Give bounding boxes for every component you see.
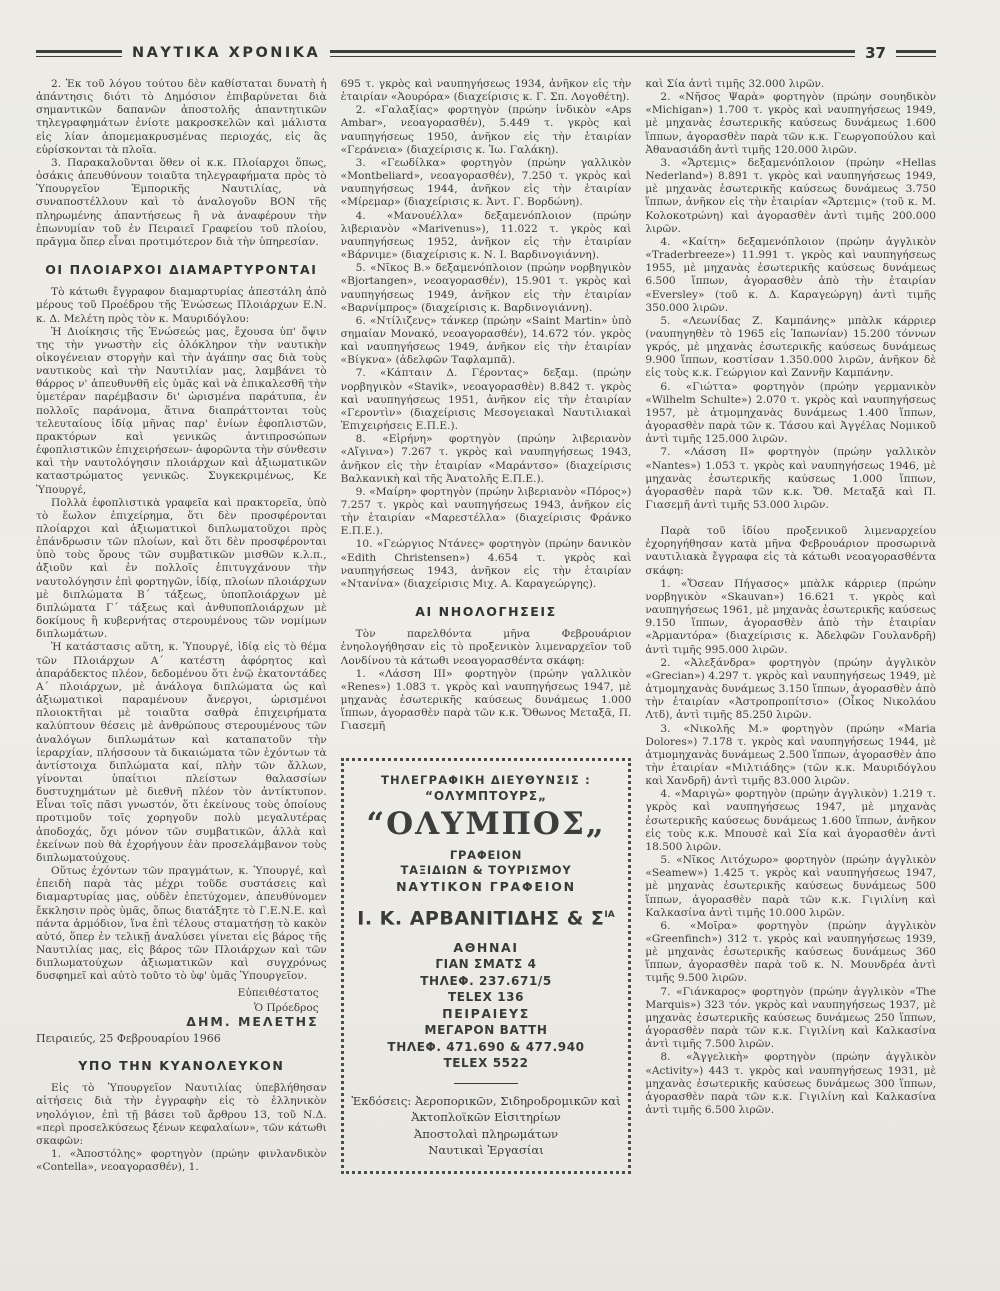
paragraph: Πολλὰ ἐφοπλιστικὰ γραφεῖα καὶ πρακτορεῖα… xyxy=(36,497,327,642)
paragraph: 8. «Εἰρήνη» φορτηγὸν (πρώην λιβεριανὸν «… xyxy=(341,433,632,486)
ad-athens-block: ΑΘΗΝΑΙ ΓΙΑΝ ΣΜΑΤΣ 4 ΤΗΛΕΦ. 237.671/5 TEL… xyxy=(351,940,622,1006)
masthead-rule-left xyxy=(36,50,122,57)
paragraph: 3. «Ἄρτεμις» δεξαμενόπλοιον (πρώην «Hell… xyxy=(645,157,936,236)
paragraph: 1. «Ὄσεαν Πήγασος» μπὰλκ κάρριερ (πρώην … xyxy=(645,578,936,657)
paragraph: 6. «Ντίλιζενς» τάνκερ (πρώην «Saint Mart… xyxy=(341,315,632,368)
section-heading-under-the-flag: ΥΠΟ ΤΗΝ ΚΥΑΝΟΛΕΥΚΟΝ xyxy=(36,1059,327,1072)
ad-telegraph-name: “ΟΛΥΜΠΤΟΥΡΣ„ xyxy=(351,790,622,803)
paragraph: 4. «Καίτη» δεξαμενόπλοιον (πρώην ἀγγλικὸ… xyxy=(645,236,936,315)
column-2: 695 τ. γκρὸς καὶ ναυπηγήσεως 1934, ἀνῆκο… xyxy=(341,78,632,1273)
paragraph: Τὸ κάτωθι ἔγγραφον διαμαρτυρίας ἀπεστάλη… xyxy=(36,286,327,325)
paragraph: 7. «Γιάνκαρος» φορτηγὸν (πρώην ἀγγλικὸν … xyxy=(645,986,936,1052)
ad-office-type-2: ΤΑΞΙΔΙΩΝ & ΤΟΥΡΙΣΜΟΥ xyxy=(351,863,622,879)
ad-telegraph-label: ΤΗΛΕΓΡΑΦΙΚΗ ΔΙΕΥΘΥΝΣΙΣ : xyxy=(351,774,622,787)
masthead: ΝΑΥΤΙΚΑ ΧΡΟΝΙΚΑ 37 xyxy=(36,44,936,62)
dateline: Πειραιεύς, 25 Φεβρουαρίου 1966 xyxy=(36,1032,327,1045)
paragraph: Τὸν παρελθόντα μῆνα Φεβρουάριον ἐνηολογή… xyxy=(341,628,632,667)
magazine-page: ΝΑΥΤΙΚΑ ΧΡΟΝΙΚΑ 37 2. Ἐκ τοῦ λόγου τούτο… xyxy=(0,0,1000,1291)
section-heading-captains-protest: ΟΙ ΠΛΟΙΑΡΧΟΙ ΔΙΑΜΑΡΤΥΡΟΝΤΑΙ xyxy=(36,263,327,276)
paragraph: 3. «Γεωδίλκα» φορτηγὸν (πρώην γαλλικὸν «… xyxy=(341,157,632,210)
column-1: 2. Ἐκ τοῦ λόγου τούτου δὲν καθίσταται δυ… xyxy=(36,78,327,1273)
paragraph: Ἡ κατάστασις αὕτη, κ. Ὑπουργέ, ἰδίᾳ εἰς … xyxy=(36,641,327,865)
ad-service-maritime: Ναυτικαὶ Ἐργασίαι xyxy=(351,1142,622,1159)
paragraph: 7. «Λάσση ΙΙ» φορτηγὸν (πρώην γαλλικὸν «… xyxy=(645,446,936,512)
paragraph: 3. «Νικολῆς Μ.» φορτηγὸν (πρώην «Maria D… xyxy=(645,723,936,789)
paragraph: 2. «Νῆσος Ψαρὰ» φορτηγὸν (πρώην σουηδικὸ… xyxy=(645,91,936,157)
signature-name: ΔΗΜ. ΜΕΛΕΤΗΣ xyxy=(36,1015,319,1030)
ad-company-name-text: Ι. Κ. ΑΡΒΑΝΙΤΙΔΗΣ & Σ xyxy=(357,908,604,930)
ad-piraeus-telex: TELEX 5522 xyxy=(351,1055,622,1072)
column-layout: 2. Ἐκ τοῦ λόγου τούτου δὲν καθίσταται δυ… xyxy=(36,78,936,1273)
paragraph: 6. «Γιώττα» φορτηγὸν (πρώην γερμανικὸν «… xyxy=(645,381,936,447)
ad-divider xyxy=(454,1083,518,1084)
paragraph: 7. «Κάπταιν Δ. Γέροντας» δεξαμ. (πρώην ν… xyxy=(341,367,632,433)
ad-athens-label: ΑΘΗΝΑΙ xyxy=(351,940,622,957)
column-3: καὶ Σία ἀντὶ τιμῆς 32.000 λιρῶν. 2. «Νῆσ… xyxy=(645,78,936,1273)
page-number: 37 xyxy=(865,44,886,62)
ad-service-tickets: Ἐκδόσεις: Ἀεροπορικῶν, Σιδηροδρομικῶν κα… xyxy=(351,1093,622,1126)
ad-athens-telex: TELEX 136 xyxy=(351,989,622,1006)
ad-office-type-1: ΓΡΑΦΕΙΟΝ xyxy=(351,848,622,864)
ad-athens-address: ΓΙΑΝ ΣΜΑΤΣ 4 xyxy=(351,956,622,973)
masthead-rule-middle xyxy=(330,50,855,57)
paragraph: 2. «Ἀλεξάνδρα» φορτηγὸν (πρώην ἀγγλικὸν … xyxy=(645,657,936,723)
paragraph: 5. «Νῖκος Λιτόχωρο» φορτηγὸν (πρώην ἀγγλ… xyxy=(645,854,936,920)
magazine-title: ΝΑΥΤΙΚΑ ΧΡΟΝΙΚΑ xyxy=(132,45,320,61)
paragraph: 695 τ. γκρὸς καὶ ναυπηγήσεως 1934, ἀνῆκο… xyxy=(341,78,632,104)
paragraph: 1. «Λάσση ΙΙΙ» φορτηγὸν (πρώην γαλλικὸν … xyxy=(341,668,632,734)
signature-block: Εὐπειθέστατος Ὁ Πρόεδρος ΔΗΜ. ΜΕΛΕΤΗΣ xyxy=(36,986,327,1030)
section-heading-registrations: ΑΙ ΝΗΟΛΟΓΗΣΕΙΣ xyxy=(341,605,632,618)
paragraph: 2. Ἐκ τοῦ λόγου τούτου δὲν καθίσταται δυ… xyxy=(36,78,327,157)
signature-closing: Εὐπειθέστατος xyxy=(36,986,319,1001)
paragraph: 4. «Μαριγὼ» φορτηγὸν (πρώην ἀγγλικὸν) 1.… xyxy=(645,788,936,854)
ad-piraeus-address: ΜΕΓΑΡΟΝ ΒΑΤΤΗ xyxy=(351,1022,622,1039)
paragraph: 5. «Νῖκος Β.» δεξαμενόπλοιον (πρώην νορβ… xyxy=(341,262,632,315)
paragraph: καὶ Σία ἀντὶ τιμῆς 32.000 λιρῶν. xyxy=(645,78,936,91)
ad-piraeus-label: ΠΕΙΡΑΙΕΥΣ xyxy=(351,1006,622,1023)
paragraph: 3. Παρακαλοῦνται ὅθεν οἱ κ.κ. Πλοίαρχοι … xyxy=(36,157,327,249)
paragraph: Παρὰ τοῦ ἰδίου προξενικοῦ λιμεναρχείου ἐ… xyxy=(645,525,936,578)
ad-company-name: Ι. Κ. ΑΡΒΑΝΙΤΙΔΗΣ & ΣΙΑ xyxy=(351,909,622,925)
paragraph: 9. «Μαίρη» φορτηγὸν (πρώην λιβεριανὸν «Π… xyxy=(341,486,632,539)
paragraph: 2. «Γαλαξίας» φορτηγὸν (πρώην ἰνδικὸν «A… xyxy=(341,104,632,157)
paragraph: 8. «Ἀγγελικὴ» φορτηγὸν (πρώην ἀγγλικὸν «… xyxy=(645,1051,936,1117)
paragraph: 10. «Γεώργιος Ντάνες» φορτηγὸν (πρώην δα… xyxy=(341,538,632,591)
masthead-rule-right xyxy=(896,50,936,57)
ad-company-name-suffix: ΙΑ xyxy=(604,910,614,920)
paragraph: Οὕτως ἐχόντων τῶν πραγμάτων, κ. Ὑπουργέ,… xyxy=(36,865,327,983)
ad-service-crews: Ἀποστολαὶ πληρωμάτων xyxy=(351,1126,622,1143)
ad-office-type-3: ΝΑΥΤΙΚΟΝ ΓΡΑΦΕΙΟΝ xyxy=(351,879,622,895)
signature-title: Ὁ Πρόεδρος xyxy=(36,1001,319,1016)
paragraph: 5. «Λεωνίδας Ζ. Καμπάνης» μπὰλκ κάρριερ … xyxy=(645,315,936,381)
paragraph: Εἰς τὸ Ὑπουργεῖον Ναυτιλίας ὑπεβλήθησαν … xyxy=(36,1082,327,1148)
ad-piraeus-phone: ΤΗΛΕΦ. 471.690 & 477.940 xyxy=(351,1039,622,1056)
ad-athens-phone: ΤΗΛΕΦ. 237.671/5 xyxy=(351,973,622,990)
paragraph: 6. «Μοῖρα» φορτηγὸν (πρώην ἀγγλικὸν «Gre… xyxy=(645,920,936,986)
paragraph: 1. «Ἀποστόλης» φορτηγὸν (πρώην φινλανδικ… xyxy=(36,1148,327,1174)
ad-piraeus-block: ΠΕΙΡΑΙΕΥΣ ΜΕΓΑΡΟΝ ΒΑΤΤΗ ΤΗΛΕΦ. 471.690 &… xyxy=(351,1006,622,1072)
paragraph: 4. «Μανουέλλα» δεξαμενόπλοιον (πρώην λιβ… xyxy=(341,210,632,263)
ad-brand-name: “ΟΛΥΜΠΟΣ„ xyxy=(351,818,622,831)
paragraph: Ἡ Διοίκησις τῆς Ἑνώσεώς μας, ἔχουσα ὑπ' … xyxy=(36,326,327,497)
olympos-advertisement: ΤΗΛΕΓΡΑΦΙΚΗ ΔΙΕΥΘΥΝΣΙΣ : “ΟΛΥΜΠΤΟΥΡΣ„ “Ο… xyxy=(341,758,632,1174)
